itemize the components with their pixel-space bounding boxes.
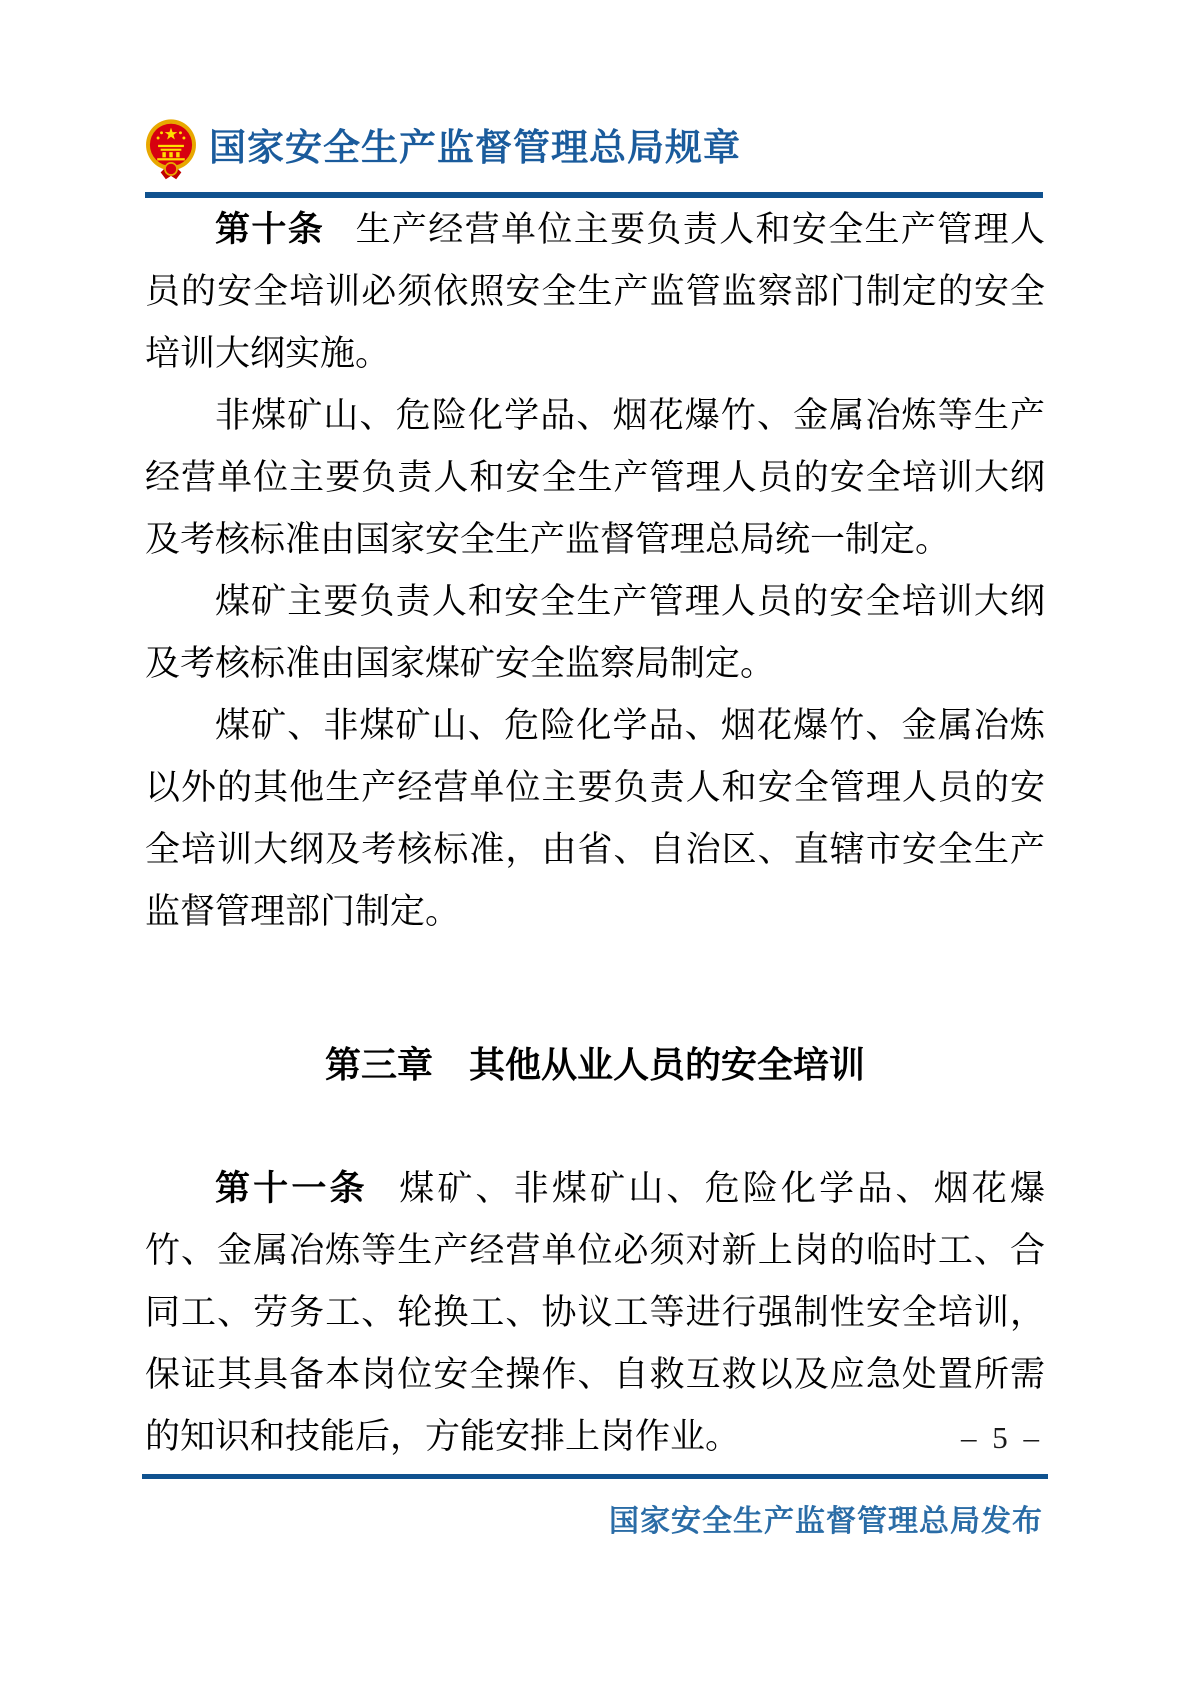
document-page: 国家安全生产监督管理总局规章 第十条生产经营单位主要负责人和安全生产管理人员的安… (0, 0, 1190, 1683)
article-11-text: 煤矿、非煤矿山、危险化学品、烟花爆竹、金属冶炼等生产经营单位必须对新上岗的临时工… (145, 1169, 1045, 1456)
article-10-label: 第十条 (215, 210, 324, 249)
article-10-paragraph: 第十条生产经营单位主要负责人和安全生产管理人员的安全培训必须依照安全生产监管监察… (145, 199, 1045, 385)
footer-divider (142, 1474, 1048, 1479)
header-divider (145, 192, 1043, 198)
chapter-title: 其他从业人员的安全培训 (469, 1044, 865, 1085)
paragraph: 煤矿、非煤矿山、危险化学品、烟花爆竹、金属冶炼以外的其他生产经营单位主要负责人和… (145, 695, 1045, 943)
header-title: 国家安全生产监督管理总局规章 (209, 129, 741, 172)
chapter-heading: 第三章其他从业人员的安全培训 (145, 1034, 1045, 1096)
page-header: 国家安全生产监督管理总局规章 (145, 116, 1045, 184)
document-body: 第十条生产经营单位主要负责人和安全生产管理人员的安全培训必须依照安全生产监管监察… (145, 199, 1045, 1468)
article-11-label: 第十一条 (215, 1169, 368, 1208)
publisher-label: 国家安全生产监督管理总局发布 (145, 1498, 1043, 1546)
paragraph: 非煤矿山、危险化学品、烟花爆竹、金属冶炼等生产经营单位主要负责人和安全生产管理人… (145, 385, 1045, 571)
page-number: – 5 – (145, 1418, 1043, 1458)
chapter-number: 第三章 (325, 1044, 433, 1085)
paragraph: 煤矿主要负责人和安全生产管理人员的安全培训大纲及考核标准由国家煤矿安全监察局制定… (145, 571, 1045, 695)
national-emblem-icon (145, 119, 197, 181)
